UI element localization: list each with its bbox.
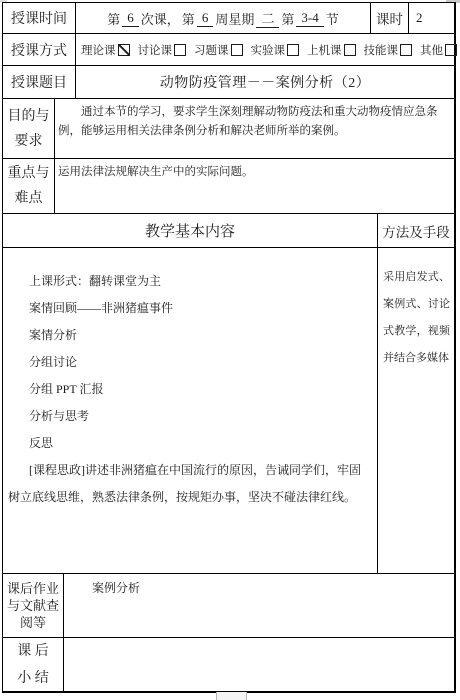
- method-row: 授课方式 理论课 讨论课 习题课 实验课 上机课 技能课 其他: [3, 34, 454, 66]
- schedule-segment: 6: [197, 10, 214, 27]
- course-type-option-label: 技能课: [364, 42, 399, 58]
- content-line: 上课形式：翻转课堂为主: [8, 268, 371, 295]
- summary-row-label: 课 后 小 结: [3, 638, 64, 692]
- content-line: 案情回顾——非洲猪瘟事件: [8, 295, 371, 322]
- schedule-segment: 周星期: [215, 9, 254, 28]
- summary-text-cell: [64, 638, 454, 692]
- keypoints-row: 重点与 难点 运用法律法规解决生产中的实际问题。: [3, 159, 454, 214]
- schedule-segment: 第: [281, 9, 294, 28]
- homework-text-cell: 案例分析: [64, 574, 454, 637]
- content-line: 分析与思考: [8, 403, 371, 430]
- schedule-segment: 6: [122, 10, 139, 27]
- content-header-row: 教学基本内容 方法及手段: [3, 214, 454, 248]
- schedule-segment: 次课，: [141, 9, 180, 28]
- content-line: 分组 PPT 汇报: [8, 376, 371, 403]
- topic-row: 授课题目 动物防疫管理－－案例分析（2）: [3, 66, 454, 99]
- content-header-left: 教学基本内容: [3, 214, 378, 247]
- course-type-options: 理论课 讨论课 习题课 实验课 上机课 技能课 其他: [76, 34, 460, 65]
- checkbox-icon[interactable]: [174, 44, 186, 56]
- content-lines: 上课形式：翻转课堂为主 案情回顾——非洲猪瘟事件 案情分析 分组讨论 分组 PP…: [8, 268, 371, 457]
- course-type-option-label: 其他: [420, 42, 443, 58]
- content-line: 分组讨论: [8, 349, 371, 376]
- keypoints-text: 运用法律法规解决生产中的实际问题。: [58, 166, 254, 178]
- course-type-option[interactable]: 其他: [420, 42, 457, 58]
- schedule-segment: 二: [256, 8, 279, 28]
- checkbox-icon[interactable]: [231, 44, 243, 56]
- schedule-segment: 第: [107, 9, 120, 28]
- homework-text: 案例分析: [69, 579, 448, 596]
- scrollbar-thumb-bottom[interactable]: [216, 692, 247, 700]
- schedule-segment: 第: [182, 9, 195, 28]
- course-type-option-label: 上机课: [307, 42, 342, 58]
- homework-row-label: 课后作业 与文献查 阅等: [3, 574, 64, 637]
- keypoints-text-cell: 运用法律法规解决生产中的实际问题。: [55, 159, 454, 213]
- course-type-option[interactable]: 习题课: [194, 42, 243, 58]
- lesson-plan-table: 授课时间 第 6 次课， 第 6 周星期 二 第: [2, 2, 456, 693]
- keypoints-row-label: 重点与 难点: [3, 159, 55, 213]
- course-type-option-label: 习题课: [194, 42, 229, 58]
- content-header-right: 方法及手段: [378, 214, 454, 247]
- teaching-content-cell: 上课形式：翻转课堂为主 案情回顾——非洲猪瘟事件 案情分析 分组讨论 分组 PP…: [3, 248, 378, 573]
- course-type-option-label: 理论课: [81, 42, 116, 58]
- ideology-paragraph: [课程思政]讲述非洲猪瘟在中国流行的原因，告诫同学们，牢固树立底线思维，熟悉法律…: [8, 457, 371, 511]
- method-row-label: 授课方式: [3, 34, 76, 65]
- lesson-plan-page: 授课时间 第 6 次课， 第 6 周星期 二 第: [0, 0, 460, 700]
- course-type-option[interactable]: 讨论课: [138, 42, 187, 58]
- checkbox-icon[interactable]: [445, 44, 457, 56]
- objective-row: 目的与 要求 通过本节的学习，要求学生深刻理解动物防疫法和重大动物疫情应急条例，…: [3, 99, 454, 159]
- class-hours-value: 2: [409, 3, 454, 33]
- course-type-option[interactable]: 实验课: [251, 42, 300, 58]
- checkbox-icon[interactable]: [118, 44, 130, 56]
- methods-text: 采用启发式、案例式、讨论式教学，视频并结合多媒体: [378, 248, 454, 573]
- course-type-option[interactable]: 上机课: [307, 42, 356, 58]
- course-type-option[interactable]: 技能课: [364, 42, 413, 58]
- summary-row: 课 后 小 结: [3, 638, 454, 692]
- objective-text-cell: 通过本节的学习，要求学生深刻理解动物防疫法和重大动物疫情应急条例，能够运用相关法…: [55, 99, 454, 158]
- checkbox-icon[interactable]: [400, 44, 412, 56]
- topic-row-label: 授课题目: [3, 66, 76, 98]
- objective-text: 通过本节的学习，要求学生深刻理解动物防疫法和重大动物疫情应急条例，能够运用相关法…: [58, 103, 449, 141]
- course-type-option-label: 实验课: [251, 42, 286, 58]
- checkbox-icon[interactable]: [344, 44, 356, 56]
- class-hours-label: 课时: [371, 3, 409, 33]
- course-type-option[interactable]: 理论课: [81, 42, 130, 58]
- course-type-option-label: 讨论课: [138, 42, 173, 58]
- time-row-label: 授课时间: [3, 3, 76, 33]
- content-line: 案情分析: [8, 322, 371, 349]
- homework-row: 课后作业 与文献查 阅等 案例分析: [3, 574, 454, 638]
- schedule-segment: 节: [326, 9, 339, 28]
- session-schedule: 第 6 次课， 第 6 周星期 二 第 3-4 节: [76, 3, 371, 33]
- content-line: 反思: [8, 430, 371, 457]
- content-row: 上课形式：翻转课堂为主 案情回顾——非洲猪瘟事件 案情分析 分组讨论 分组 PP…: [3, 248, 454, 574]
- topic-title: 动物防疫管理－－案例分析（2）: [76, 66, 454, 98]
- objective-row-label: 目的与 要求: [3, 99, 55, 158]
- schedule-segment: 3-4: [296, 10, 323, 27]
- time-row: 授课时间 第 6 次课， 第 6 周星期 二 第: [3, 3, 454, 34]
- checkbox-icon[interactable]: [287, 44, 299, 56]
